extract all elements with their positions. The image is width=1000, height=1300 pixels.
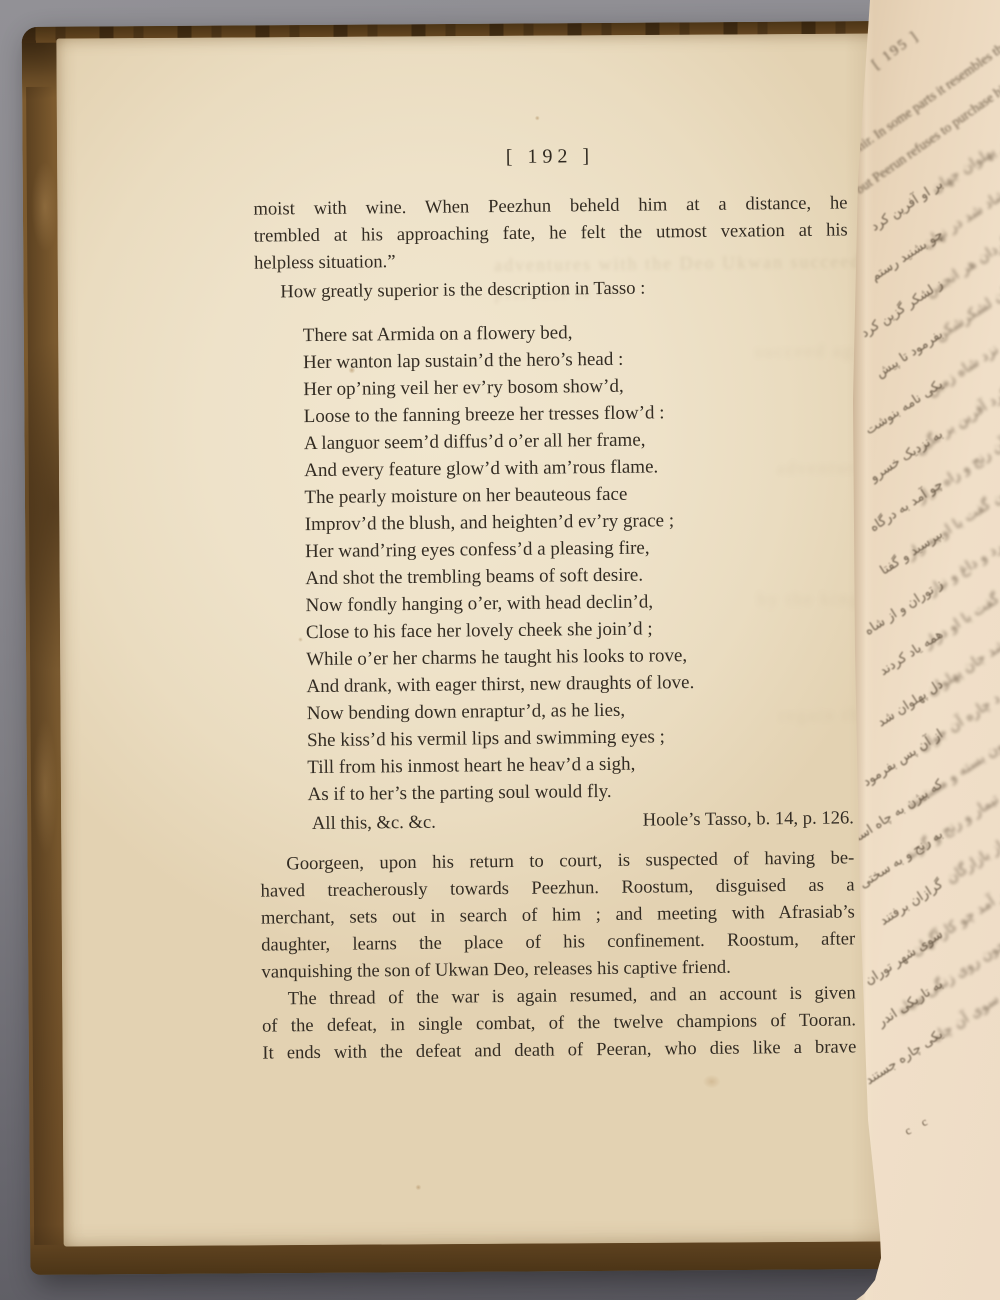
book-page-left: adventures with the Deo Ukwan succeed th… xyxy=(56,33,887,1246)
poem-line: The pearly moisture on her beauteous fac… xyxy=(304,480,692,511)
poem-line: Improv’d the blush, and heighten’d ev’ry… xyxy=(305,507,693,538)
poem-line: Her op’ning veil her ev’ry bosom show’d, xyxy=(303,372,691,403)
paragraph-3: The thread of the war is again resumed, … xyxy=(262,979,857,1066)
poem-line: Now fondly hanging o’er, with head decli… xyxy=(305,588,693,619)
poem-line: As if to her’s the parting soul would fl… xyxy=(307,777,695,808)
photo-backdrop: adventures with the Deo Ukwan succeed th… xyxy=(0,0,1000,1300)
text-line: It ends with the defeat and death of Pee… xyxy=(262,1033,856,1066)
poem-line: And drank, with eager thirst, new draugh… xyxy=(306,669,694,700)
poem-line: There sat Armida on a flowery bed, xyxy=(303,318,691,349)
poem-line: Her wanton lap sustain’d the hero’s head… xyxy=(303,345,691,376)
page-text-block: adventures with the Deo Ukwan succeed th… xyxy=(252,32,859,1246)
poem-line: A languor seem’d diffus’d o’er all her f… xyxy=(304,426,692,457)
poem-line: Loose to the fanning breeze her tresses … xyxy=(304,399,692,430)
facing-page-number: [ 195 ] xyxy=(869,28,923,73)
poem-line: And every feature glow’d with am’rous fl… xyxy=(304,453,692,484)
poem-line: She kiss’d his vermil lips and swimming … xyxy=(307,723,695,754)
poem-close-text: All this, &c. &c. xyxy=(312,812,436,835)
poem-line: Her wand’ring eyes confess’d a pleasing … xyxy=(305,534,693,565)
poem-line: Now bending down enraptur’d, as he lies, xyxy=(307,696,695,727)
poem-line: While o’er her charms he taught his look… xyxy=(306,642,694,673)
page-number: [ 192 ] xyxy=(253,142,847,171)
poem-line: Close to his face her lovely cheek she j… xyxy=(306,615,694,646)
poem-line: And shot the trembling beams of soft des… xyxy=(305,561,693,592)
poem-line: Till from his inmost heart he heav’d a s… xyxy=(307,750,695,781)
poem-attribution-row: All this, &c. &c. Hoole’s Tasso, b. 14, … xyxy=(312,807,854,835)
persian-verse-column-far: که ای نامور پهلوان جهانز گفتار او شاد شد… xyxy=(902,186,1000,1086)
poem-source-citation: Hoole’s Tasso, b. 14, p. 126. xyxy=(643,807,854,831)
paragraph-2: Goorgeen, upon his return to court, is s… xyxy=(260,844,855,985)
tasso-poem-quotation: There sat Armida on a flowery bed,Her wa… xyxy=(303,318,696,808)
tasso-intro-line: How greatly superior is the description … xyxy=(254,275,848,303)
paragraph-1: moist with wine. When Peezhun beheld him… xyxy=(253,189,848,276)
